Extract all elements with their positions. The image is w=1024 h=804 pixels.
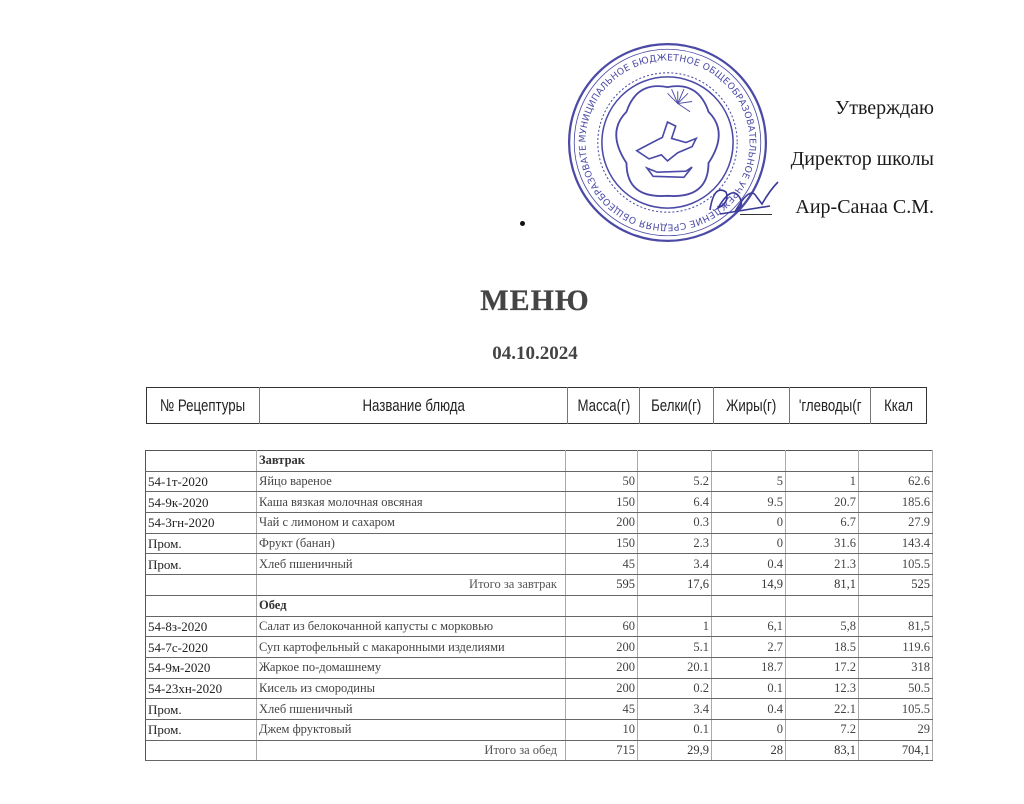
mass-value: 60 (566, 616, 638, 637)
dish-name: Каша вязкая молочная овсяная (257, 492, 566, 513)
fat-value (712, 595, 786, 616)
carbs-value: 22.1 (786, 699, 859, 720)
kcal-value (859, 595, 933, 616)
carbs-value: 6.7 (786, 513, 859, 534)
protein-value (638, 451, 712, 472)
kcal-value: 62.6 (859, 471, 933, 492)
protein-value: 29,9 (638, 740, 712, 761)
recipe-code (146, 451, 257, 472)
dish-name: Фрукт (банан) (257, 533, 566, 554)
carbs-value: 17.2 (786, 657, 859, 678)
column-header-table: № Рецептуры Название блюда Масса(г) Белк… (146, 387, 927, 424)
protein-value: 0.2 (638, 678, 712, 699)
carbs-value: 1 (786, 471, 859, 492)
table-row: Пром. Хлеб пшеничный 45 3.4 0.4 21.3 105… (146, 554, 933, 575)
menu-date: 04.10.2024 (0, 343, 1024, 365)
total-row: Итого за обед 715 29,9 28 83,1 704,1 (146, 740, 933, 761)
fat-value: 5 (712, 471, 786, 492)
col-header-protein: Белки(г) (640, 388, 714, 424)
carbs-value: 21.3 (786, 554, 859, 575)
fat-value: 0 (712, 533, 786, 554)
recipe-code: 54-1т-2020 (146, 471, 257, 492)
recipe-code: 54-3гн-2020 (146, 513, 257, 534)
table-row: 54-9к-2020 Каша вязкая молочная овсяная … (146, 492, 933, 513)
mass-value: 50 (566, 471, 638, 492)
recipe-code: Пром. (146, 554, 257, 575)
dish-name: Хлеб пшеничный (257, 699, 566, 720)
mass-value: 45 (566, 699, 638, 720)
kcal-value: 29 (859, 719, 933, 740)
protein-value: 3.4 (638, 554, 712, 575)
carbs-value: 5,8 (786, 616, 859, 637)
protein-value: 3.4 (638, 699, 712, 720)
table-row: Пром. Хлеб пшеничный 45 3.4 0.4 22.1 105… (146, 699, 933, 720)
protein-value: 5.1 (638, 637, 712, 658)
fat-value: 0 (712, 513, 786, 534)
recipe-code: Пром. (146, 719, 257, 740)
protein-value (638, 595, 712, 616)
col-header-fat: Жиры(г) (714, 388, 790, 424)
dish-name: Хлеб пшеничный (257, 554, 566, 575)
recipe-code (146, 595, 257, 616)
table-row: Пром. Джем фруктовый 10 0.1 0 7.2 29 (146, 719, 933, 740)
mass-value: 150 (566, 533, 638, 554)
dish-name: Жаркое по-домашнему (257, 657, 566, 678)
table-row: 54-7с-2020 Суп картофельный с макаронным… (146, 637, 933, 658)
mass-value: 200 (566, 637, 638, 658)
table-row: Пром. Фрукт (банан) 150 2.3 0 31.6 143.4 (146, 533, 933, 554)
approver-position: Директор школы (791, 148, 934, 171)
mass-value (566, 595, 638, 616)
dish-name: Чай с лимоном и сахаром (257, 513, 566, 534)
recipe-code: 54-7с-2020 (146, 637, 257, 658)
kcal-value: 105.5 (859, 554, 933, 575)
document-title: МЕНЮ (0, 284, 1024, 318)
protein-value: 6.4 (638, 492, 712, 513)
kcal-value: 525 (859, 575, 933, 596)
protein-value: 5.2 (638, 471, 712, 492)
mass-value: 595 (566, 575, 638, 596)
fat-value: 0.4 (712, 699, 786, 720)
kcal-value: 105.5 (859, 699, 933, 720)
recipe-code (146, 740, 257, 761)
carbs-value: 31.6 (786, 533, 859, 554)
protein-value: 1 (638, 616, 712, 637)
kcal-value: 27.9 (859, 513, 933, 534)
kcal-value: 318 (859, 657, 933, 678)
table-row: 54-9м-2020 Жаркое по-домашнему 200 20.1 … (146, 657, 933, 678)
mass-value: 200 (566, 678, 638, 699)
dish-name: Обед (257, 595, 566, 616)
col-header-mass: Масса(г) (568, 388, 640, 424)
fat-value (712, 451, 786, 472)
fat-value: 2.7 (712, 637, 786, 658)
stray-dot (520, 221, 525, 226)
col-header-carbs: 'глеводы(г (790, 388, 871, 424)
mass-value: 200 (566, 513, 638, 534)
kcal-value: 119.6 (859, 637, 933, 658)
protein-value: 17,6 (638, 575, 712, 596)
kcal-value: 185.6 (859, 492, 933, 513)
mass-value: 10 (566, 719, 638, 740)
dish-name: Джем фруктовый (257, 719, 566, 740)
carbs-value: 81,1 (786, 575, 859, 596)
protein-value: 20.1 (638, 657, 712, 678)
fat-value: 14,9 (712, 575, 786, 596)
table-row: 54-1т-2020 Яйцо вареное 50 5.2 5 1 62.6 (146, 471, 933, 492)
dish-name: Суп картофельный с макаронными изделиями (257, 637, 566, 658)
fat-value: 0.1 (712, 678, 786, 699)
carbs-value: 20.7 (786, 492, 859, 513)
table-row: 54-23хн-2020 Кисель из смородины 200 0.2… (146, 678, 933, 699)
fat-value: 0 (712, 719, 786, 740)
mass-value (566, 451, 638, 472)
table-row: 54-8з-2020 Салат из белокочанной капусты… (146, 616, 933, 637)
section-row: Обед (146, 595, 933, 616)
mass-value: 200 (566, 657, 638, 678)
fat-value: 18.7 (712, 657, 786, 678)
recipe-code: Пром. (146, 533, 257, 554)
carbs-value (786, 451, 859, 472)
mass-value: 45 (566, 554, 638, 575)
section-row: Завтрак (146, 451, 933, 472)
fat-value: 28 (712, 740, 786, 761)
mass-value: 715 (566, 740, 638, 761)
dish-name: Итого за завтрак (257, 575, 566, 596)
mass-value: 150 (566, 492, 638, 513)
kcal-value: 50.5 (859, 678, 933, 699)
kcal-value (859, 451, 933, 472)
fat-value: 0.4 (712, 554, 786, 575)
dish-name: Завтрак (257, 451, 566, 472)
dish-name: Салат из белокочанной капусты с морковью (257, 616, 566, 637)
recipe-code: 54-8з-2020 (146, 616, 257, 637)
dish-name: Итого за обед (257, 740, 566, 761)
menu-table: Завтрак 54-1т-2020 Яйцо вареное 50 5.2 5… (145, 450, 933, 761)
col-header-dish-name: Название блюда (260, 388, 568, 424)
carbs-value: 83,1 (786, 740, 859, 761)
recipe-code (146, 575, 257, 596)
kcal-value: 143.4 (859, 533, 933, 554)
protein-value: 2.3 (638, 533, 712, 554)
kcal-value: 704,1 (859, 740, 933, 761)
protein-value: 0.3 (638, 513, 712, 534)
kcal-value: 81,5 (859, 616, 933, 637)
dish-name: Кисель из смородины (257, 678, 566, 699)
fat-value: 6,1 (712, 616, 786, 637)
col-header-kcal: Ккал (871, 388, 927, 424)
carbs-value: 12.3 (786, 678, 859, 699)
dish-name: Яйцо вареное (257, 471, 566, 492)
col-header-recipe: № Рецептуры (147, 388, 260, 424)
protein-value: 0.1 (638, 719, 712, 740)
carbs-value: 7.2 (786, 719, 859, 740)
signature (700, 176, 780, 220)
recipe-code: 54-9к-2020 (146, 492, 257, 513)
recipe-code: Пром. (146, 699, 257, 720)
carbs-value: 18.5 (786, 637, 859, 658)
total-row: Итого за завтрак 595 17,6 14,9 81,1 525 (146, 575, 933, 596)
approval-heading: Утверждаю (835, 97, 934, 120)
carbs-value (786, 595, 859, 616)
table-row: 54-3гн-2020 Чай с лимоном и сахаром 200 … (146, 513, 933, 534)
recipe-code: 54-23хн-2020 (146, 678, 257, 699)
fat-value: 9.5 (712, 492, 786, 513)
recipe-code: 54-9м-2020 (146, 657, 257, 678)
approver-name: Аир-Санаа С.М. (795, 196, 934, 219)
